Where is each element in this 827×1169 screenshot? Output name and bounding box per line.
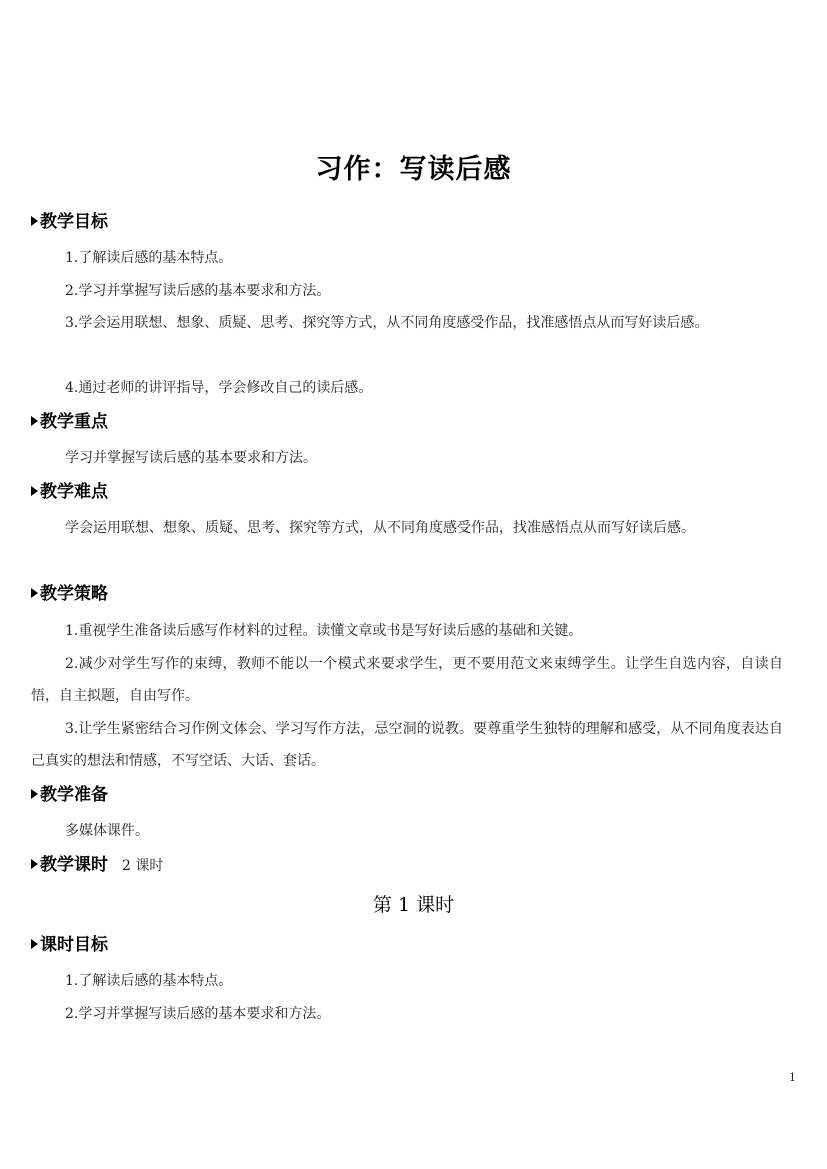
lesson-subtitle: 第 1 课时 bbox=[0, 891, 827, 919]
triangle-bullet-icon bbox=[31, 859, 38, 869]
difficulty-item: 学会运用联想、想象、质疑、思考、探究等方式，从不同角度感受作品，找准感悟点从而写… bbox=[31, 512, 783, 544]
goal-item-2: 2.学习并掌握写读后感的基本要求和方法。 bbox=[31, 275, 783, 307]
document-title: 习作：写读后感 bbox=[0, 150, 827, 190]
section-heading-lesson-goals: 课时目标 bbox=[31, 933, 108, 957]
section-heading-difficulties: 教学难点 bbox=[31, 480, 108, 504]
triangle-bullet-icon bbox=[31, 486, 38, 496]
section-heading-teaching-goals: 教学目标 bbox=[31, 210, 108, 234]
triangle-bullet-icon bbox=[31, 216, 38, 226]
lesson-goal-item-2: 2.学习并掌握写读后感的基本要求和方法。 bbox=[31, 998, 783, 1030]
lesson-goal-item-1: 1.了解读后感的基本特点。 bbox=[31, 965, 783, 997]
goal-item-1: 1.了解读后感的基本特点。 bbox=[31, 242, 783, 274]
preparation-item: 多媒体课件。 bbox=[31, 815, 783, 847]
document-page: 习作：写读后感 教学目标 1.了解读后感的基本特点。 2.学习并掌握写读后感的基… bbox=[0, 0, 827, 1169]
triangle-bullet-icon bbox=[31, 939, 38, 949]
section-heading-class-hours: 教学课时2 课时 bbox=[31, 853, 163, 878]
strategy-item-1: 1.重视学生准备读后感写作材料的过程。读懂文章或书是写好读后感的基础和关键。 bbox=[31, 615, 783, 647]
goal-item-4: 4.通过老师的讲评指导，学会修改自己的读后感。 bbox=[31, 372, 783, 404]
goal-item-3: 3.学会运用联想、想象、质疑、思考、探究等方式，从不同角度感受作品，找准感悟点从… bbox=[31, 307, 783, 339]
section-heading-strategies: 教学策略 bbox=[31, 582, 108, 606]
section-heading-preparation: 教学准备 bbox=[31, 783, 108, 807]
triangle-bullet-icon bbox=[31, 588, 38, 598]
strategy-item-2: 2.减少对学生写作的束缚，教师不能以一个模式来要求学生，更不要用范文来束缚学生。… bbox=[31, 648, 783, 712]
section-heading-key-points: 教学重点 bbox=[31, 410, 108, 434]
key-point-item: 学习并掌握写读后感的基本要求和方法。 bbox=[31, 442, 783, 474]
page-number: 1 bbox=[789, 1071, 796, 1084]
class-hours-value: 2 课时 bbox=[122, 858, 163, 874]
triangle-bullet-icon bbox=[31, 789, 38, 799]
triangle-bullet-icon bbox=[31, 416, 38, 426]
strategy-item-3: 3.让学生紧密结合习作例文体会、学习写作方法，忌空洞的说教。要尊重学生独特的理解… bbox=[31, 713, 783, 777]
